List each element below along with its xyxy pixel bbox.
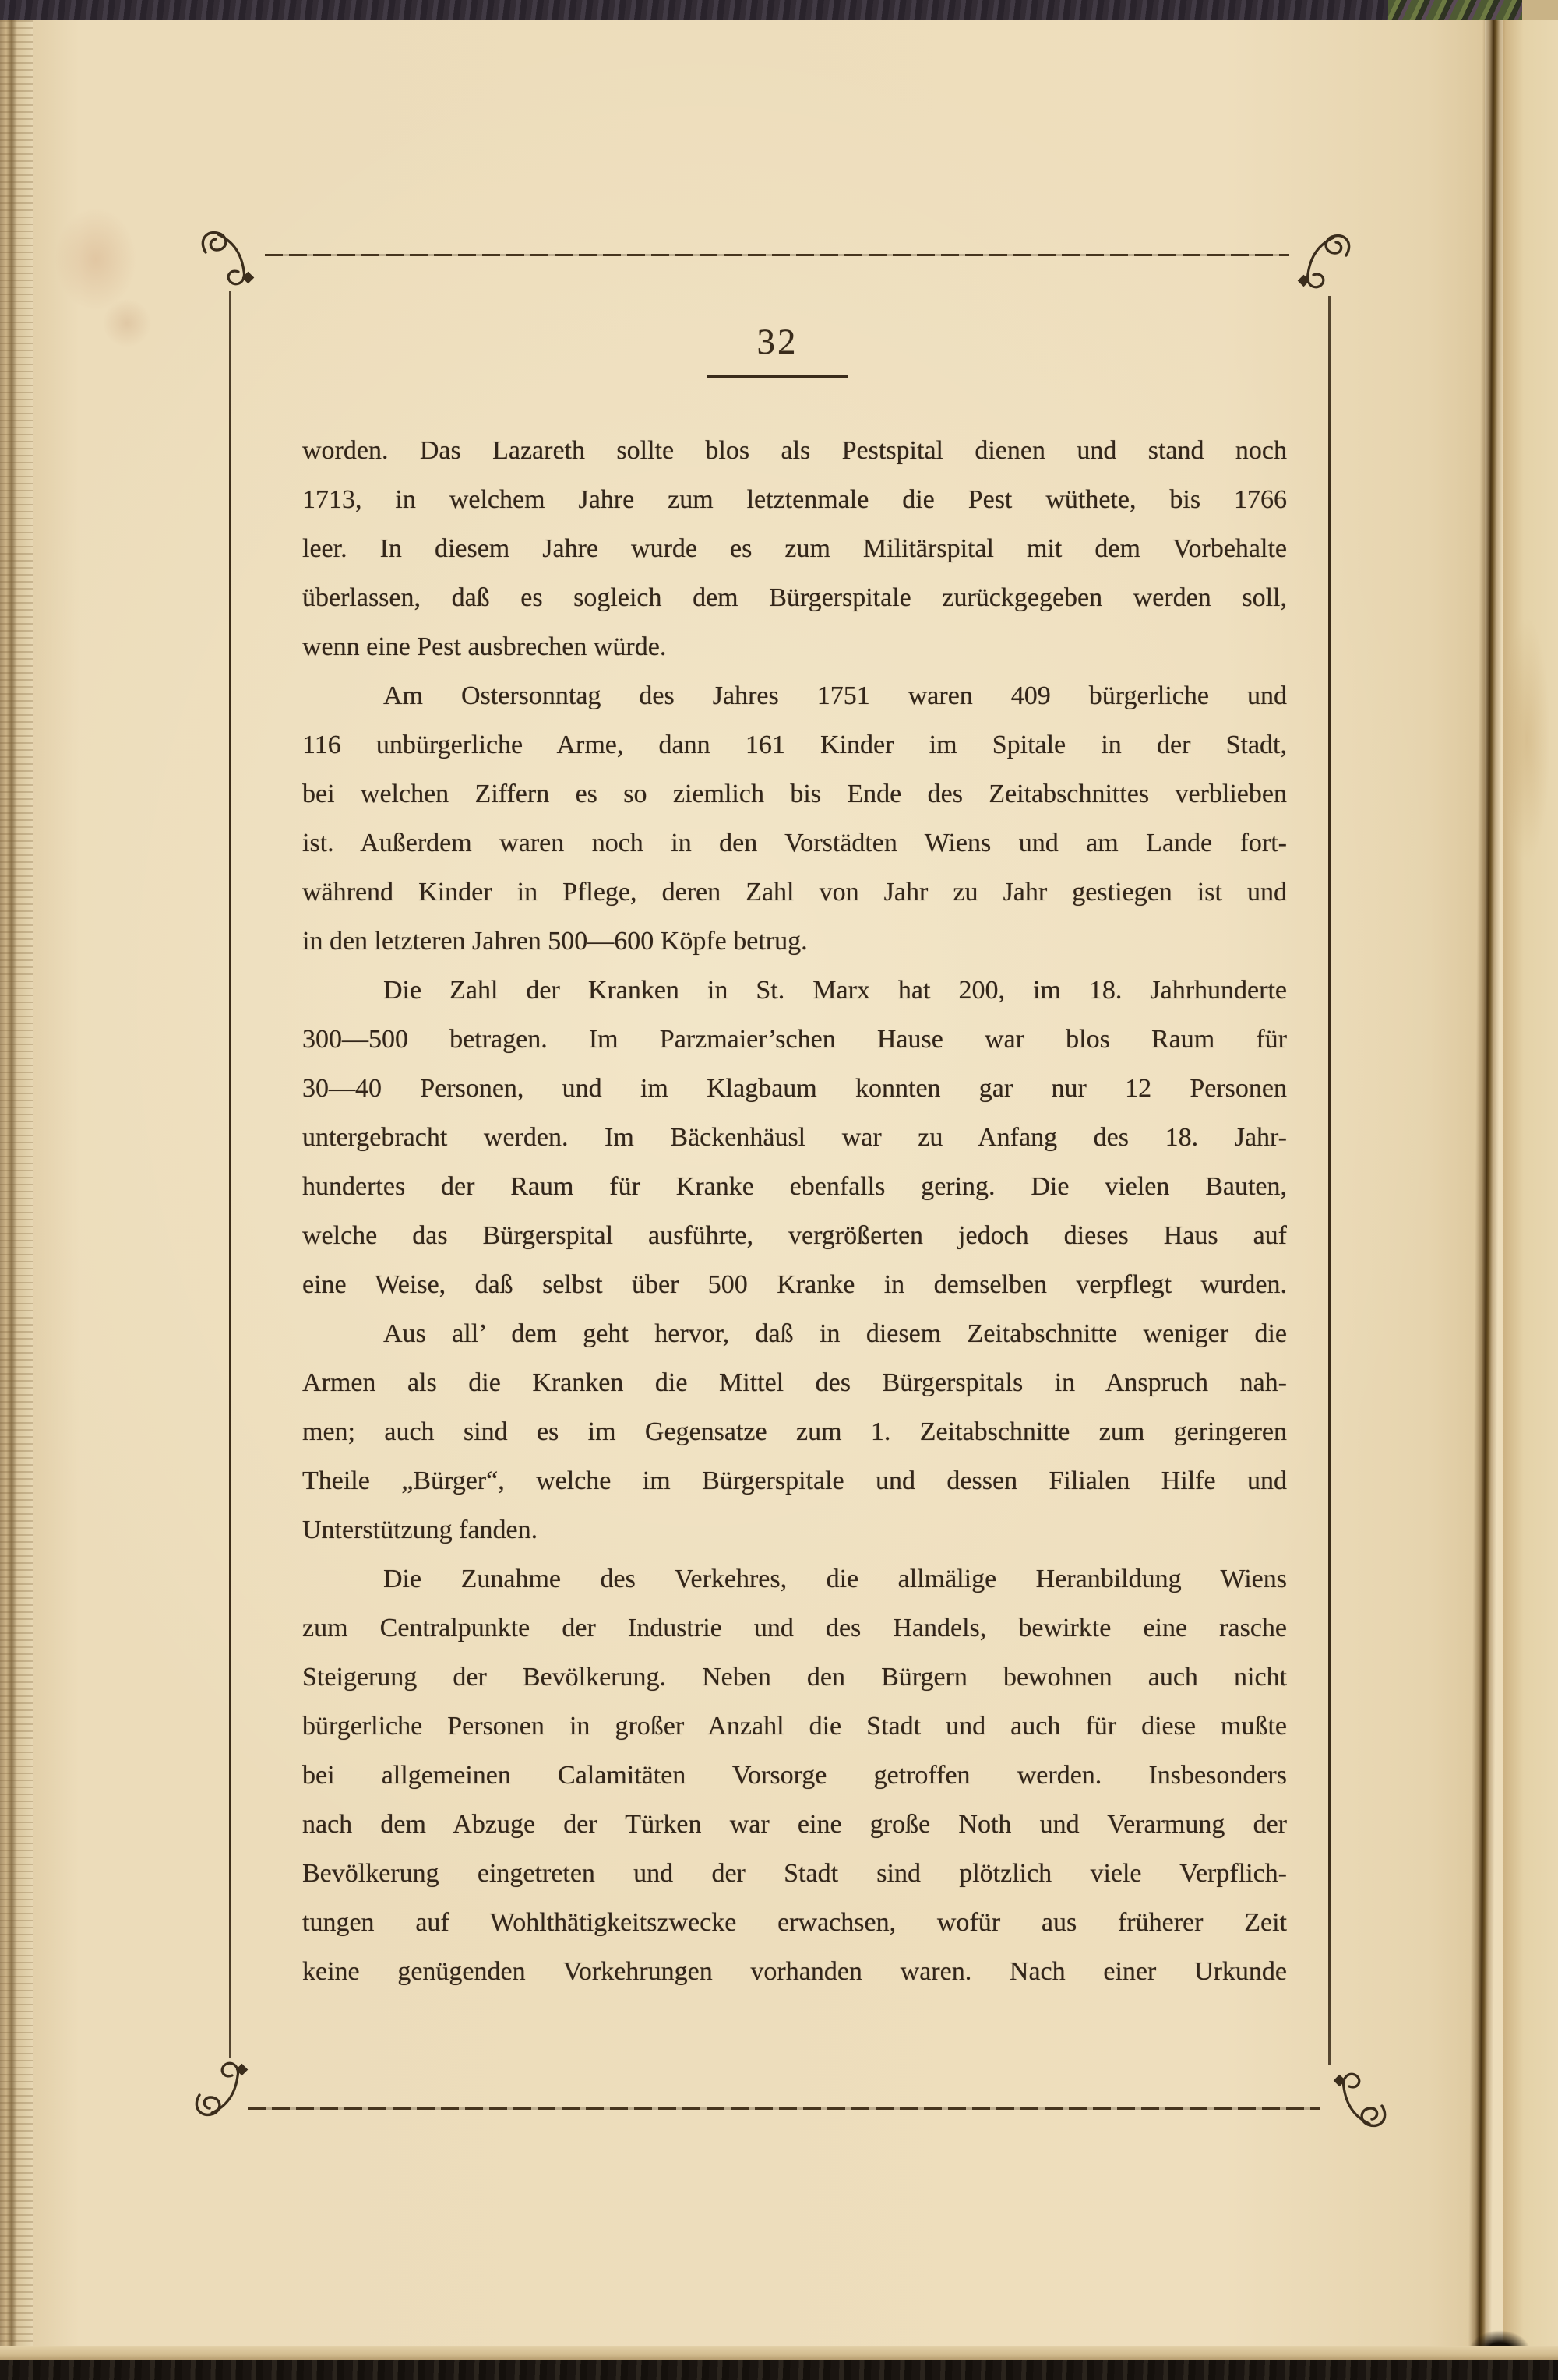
text-line: Theile „Bürger“, welche im Bürgerspitale… bbox=[302, 1456, 1287, 1505]
text-line: Armen als die Kranken die Mittel des Bür… bbox=[302, 1358, 1287, 1407]
page-stack-left-edge bbox=[0, 20, 33, 2360]
page-number-rule bbox=[707, 375, 848, 378]
border-rule-left bbox=[229, 291, 231, 2058]
adjacent-page-edge bbox=[1503, 20, 1558, 2346]
page-number: 32 bbox=[700, 321, 855, 363]
text-line: keine genügenden Vorkehrungen vorhanden … bbox=[302, 1947, 1287, 1996]
book-edge-top-right bbox=[1522, 0, 1558, 20]
text-line: eine Weise, daß selbst über 500 Kranke i… bbox=[302, 1260, 1287, 1309]
text-line: Unterstützung fanden. bbox=[302, 1505, 1287, 1554]
text-line: bei welchen Ziffern es so ziemlich bis E… bbox=[302, 769, 1287, 819]
text-line: tungen auf Wohlthätigkeitszwecke erwachs… bbox=[302, 1898, 1287, 1947]
corner-flourish-icon bbox=[1287, 227, 1357, 297]
text-line: 116 unbürgerliche Arme, dann 161 Kinder … bbox=[302, 720, 1287, 769]
corner-flourish-icon bbox=[189, 2053, 259, 2123]
text-line: bei allgemeinen Calamitäten Vorsorge get… bbox=[302, 1751, 1287, 1800]
marbled-cover-corner bbox=[1388, 0, 1522, 20]
text-line: Steigerung der Bevölkerung. Neben den Bü… bbox=[302, 1653, 1287, 1702]
text-line: worden. Das Lazareth sollte blos als Pes… bbox=[302, 426, 1287, 475]
text-line: nach dem Abzuge der Türken war eine groß… bbox=[302, 1800, 1287, 1849]
text-line: Die Zahl der Kranken in St. Marx hat 200… bbox=[302, 966, 1287, 1015]
text-line: in den letzteren Jahren 500—600 Köpfe be… bbox=[302, 917, 1287, 966]
book-cover-bottom-edge bbox=[0, 2360, 1558, 2380]
text-line: zum Centralpunkte der Industrie und des … bbox=[302, 1604, 1287, 1653]
text-line: bürgerliche Personen in großer Anzahl di… bbox=[302, 1702, 1287, 1751]
text-line: 300—500 betragen. Im Parzmaier’schen Hau… bbox=[302, 1015, 1287, 1064]
text-line: men; auch sind es im Gegensatze zum 1. Z… bbox=[302, 1407, 1287, 1456]
text-line: Am Ostersonntag des Jahres 1751 waren 40… bbox=[302, 671, 1287, 720]
text-line: während Kinder in Pflege, deren Zahl von… bbox=[302, 868, 1287, 917]
text-line: Aus all’ dem geht hervor, daß in diesem … bbox=[302, 1309, 1287, 1358]
text-line: 1713, in welchem Jahre zum letztenmale d… bbox=[302, 475, 1287, 524]
book-cover-top-edge bbox=[0, 0, 1558, 20]
corner-flourish-icon bbox=[195, 224, 265, 294]
page-bottom-edge bbox=[0, 2346, 1558, 2360]
border-rule-top bbox=[265, 254, 1289, 256]
text-line: welche das Bürgerspital ausführte, vergr… bbox=[302, 1211, 1287, 1260]
text-line: Bevölkerung eingetreten und der Stadt si… bbox=[302, 1849, 1287, 1898]
border-rule-right bbox=[1328, 296, 1331, 2065]
corner-flourish-icon bbox=[1323, 2064, 1393, 2134]
scanned-book-page: 32 worden. Das Lazareth sollte blos als … bbox=[0, 0, 1558, 2380]
text-line: hundertes der Raum für Kranke ebenfalls … bbox=[302, 1162, 1287, 1211]
body-text: worden. Das Lazareth sollte blos als Pes… bbox=[302, 426, 1287, 1996]
text-line: Die Zunahme des Verkehres, die allmälige… bbox=[302, 1554, 1287, 1604]
text-line: überlassen, daß es sogleich dem Bürgersp… bbox=[302, 573, 1287, 622]
text-line: ist. Außerdem waren noch in den Vorstädt… bbox=[302, 819, 1287, 868]
border-rule-bottom bbox=[248, 2107, 1320, 2110]
text-line: wenn eine Pest ausbrechen würde. bbox=[302, 622, 1287, 671]
text-line: untergebracht werden. Im Bäckenhäusl war… bbox=[302, 1113, 1287, 1162]
text-line: 30—40 Personen, und im Klagbaum konnten … bbox=[302, 1064, 1287, 1113]
text-line: leer. In diesem Jahre wurde es zum Milit… bbox=[302, 524, 1287, 573]
